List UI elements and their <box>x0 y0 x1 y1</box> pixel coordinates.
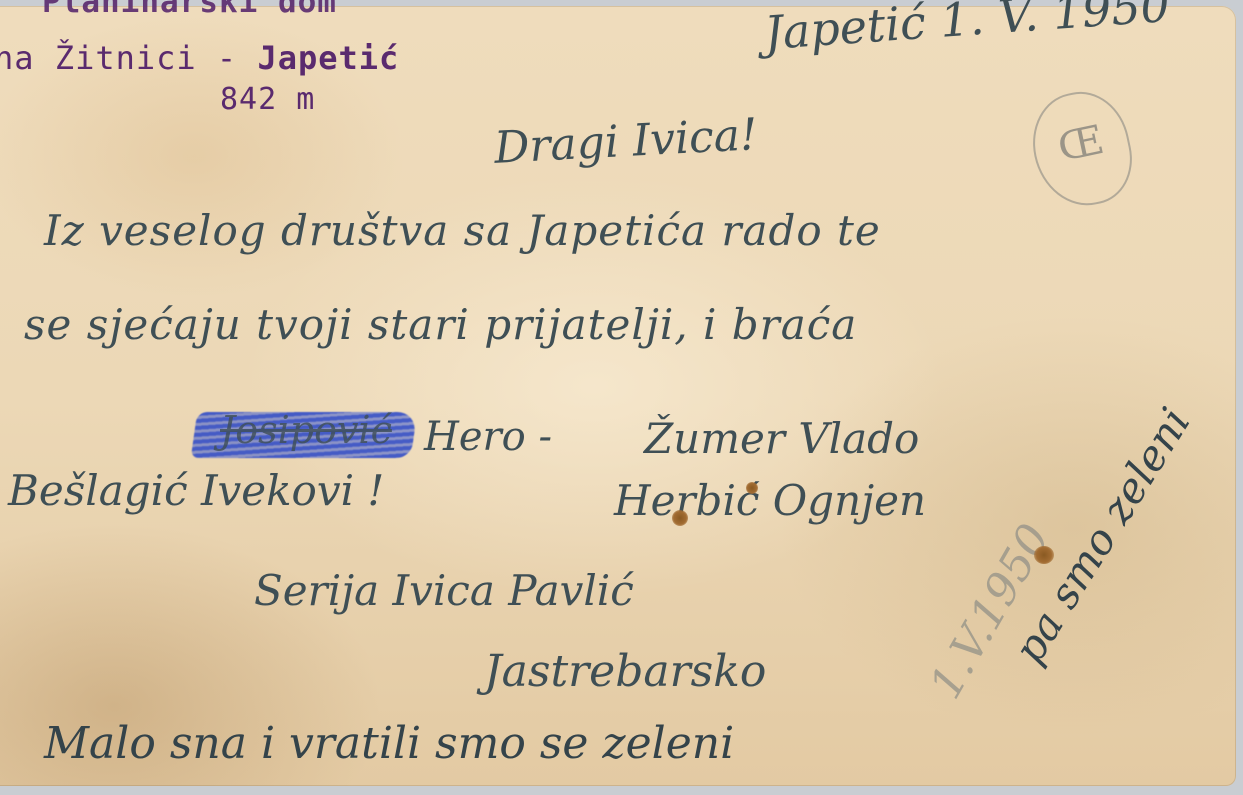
stamp-location-prefix: na Žitnici - <box>0 39 257 77</box>
pencil-monogram-icon: Œ <box>1023 83 1141 214</box>
letter-line-2: se sjećaju tvoji stari prijatelji, i bra… <box>24 300 857 349</box>
date-line: Japetić 1. V. 1950 <box>763 0 1172 60</box>
stamp-location-name: Japetić <box>257 39 399 77</box>
place-jastrebarsko: Jastrebarsko <box>484 646 766 697</box>
stain-spot <box>746 482 758 494</box>
footer-line: Malo sna i vratili smo se zeleni <box>44 718 734 769</box>
name-pavlic: Serija Ivica Pavlić <box>254 566 634 615</box>
crossed-out-name: Josipović <box>220 408 392 452</box>
name-beslagic: Bešlagić Ivekovi ! <box>8 466 384 515</box>
postcard: Planinarski dom na Žitnici - Japetić 842… <box>0 6 1236 786</box>
stamp-line-hut-name: Planinarski dom <box>42 0 337 20</box>
stain-spot <box>672 510 688 526</box>
name-herbic: Herbić Ognjen <box>614 476 926 525</box>
stamp-line-altitude: 842 m <box>220 82 315 117</box>
name-hero: Hero - <box>424 414 552 460</box>
stain-spot <box>1034 546 1054 564</box>
name-zumer-vlado: Žumer Vlado <box>644 414 919 463</box>
greeting: Dragi Ivica! <box>493 109 759 174</box>
letter-line-1: Iz veselog društva sa Japetića rado te <box>44 206 881 255</box>
stamp-line-location: na Žitnici - Japetić <box>0 39 399 77</box>
